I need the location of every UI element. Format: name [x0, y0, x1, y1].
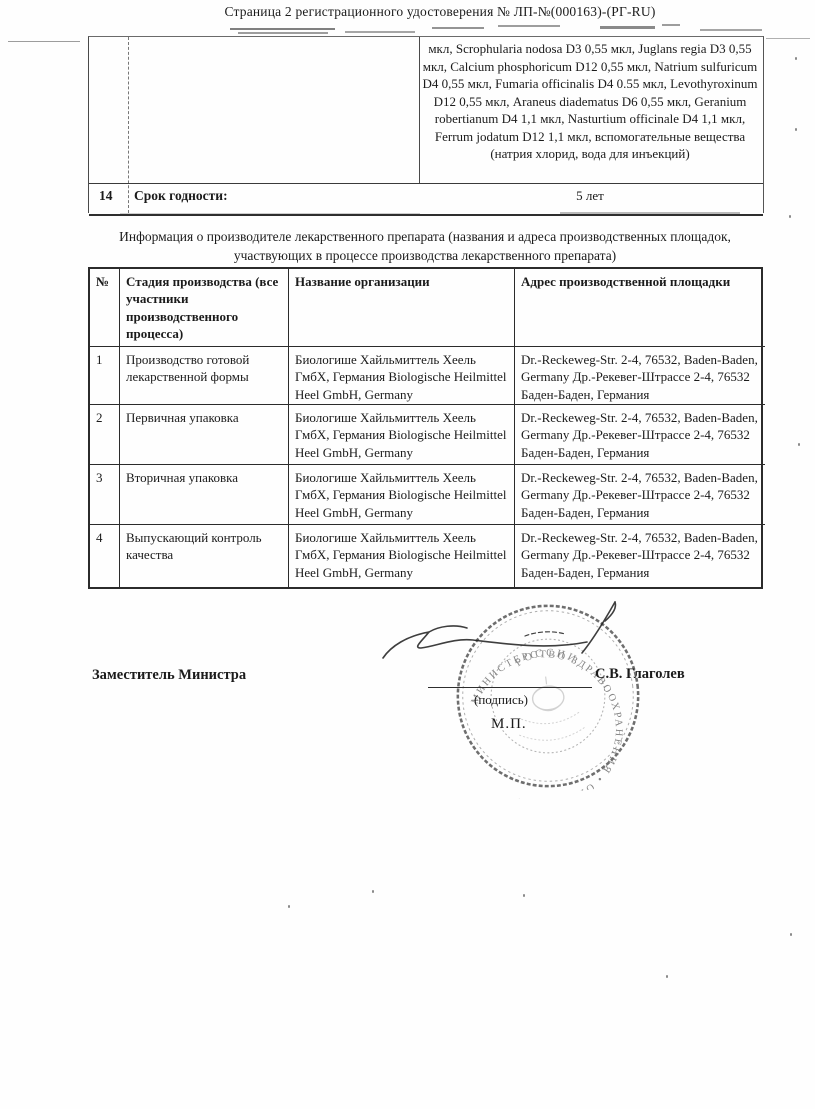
table-row-4-stage: Выпускающий контроль качества: [120, 525, 289, 587]
composition-table-fragment: мкл, Scrophularia nodosa D3 0,55 мкл, Ju…: [88, 36, 764, 213]
scan-smudge: [230, 28, 335, 30]
shelf-life-value: 5 лет: [421, 188, 759, 204]
column-header-address: Адрес производственной площадки: [515, 269, 765, 347]
scan-speck: [288, 905, 290, 908]
scan-speck: [790, 933, 792, 936]
scan-smudge: [498, 25, 560, 27]
scan-speck: [523, 894, 525, 897]
table-row-4-number: 4: [90, 525, 120, 587]
signature-caption: (подпись): [474, 692, 528, 708]
table-row-3-number: 3: [90, 465, 120, 525]
row-number: 14: [99, 188, 113, 204]
scan-speck: [798, 443, 800, 446]
table-row-2-stage: Первичная упаковка: [120, 405, 289, 465]
table-row-1-address: Dr.-Reckeweg-Str. 2-4, 76532, Baden-Bade…: [515, 347, 765, 405]
scan-speck: [372, 890, 374, 893]
deputy-minister-title: Заместитель Министра: [92, 667, 246, 684]
table-column-divider: [419, 37, 420, 183]
scan-smudge: [238, 32, 328, 34]
table-row-1-stage: Производство готовой лекарственной формы: [120, 347, 289, 405]
scan-speck: [795, 128, 797, 131]
table-row-2-organization: Биологише Хайльмиттель Хеель ГмбХ, Герма…: [289, 405, 515, 465]
scan-smudge: [345, 31, 415, 33]
scan-smudge: [432, 27, 484, 29]
manufacturer-table: № Стадия производства (все участники про…: [88, 267, 763, 589]
table-row-2-address: Dr.-Reckeweg-Str. 2-4, 76532, Baden-Bade…: [515, 405, 765, 465]
shelf-life-row: 14 Срок годности: 5 лет: [89, 183, 763, 216]
scan-speck: [666, 975, 668, 978]
manufacturer-info-heading: Информация о производителе лекарственног…: [88, 228, 762, 266]
scanned-document-page: Страница 2 регистрационного удостоверени…: [0, 0, 815, 1109]
scan-smudge: [600, 26, 655, 29]
table-row-4-address: Dr.-Reckeweg-Str. 2-4, 76532, Baden-Bade…: [515, 525, 765, 587]
scan-speck: [795, 57, 797, 60]
table-row-2-number: 2: [90, 405, 120, 465]
table-row-3-address: Dr.-Reckeweg-Str. 2-4, 76532, Baden-Bade…: [515, 465, 765, 525]
table-row-1-organization: Биологише Хайльмиттель Хеель ГмбХ, Герма…: [289, 347, 515, 405]
scan-smudge: [8, 41, 80, 42]
table-row-1-number: 1: [90, 347, 120, 405]
table-row-3-organization: Биологише Хайльмиттель Хеель ГмбХ, Герма…: [289, 465, 515, 525]
column-header-number: №: [90, 269, 120, 347]
scan-smudge: [700, 29, 762, 31]
scan-smudge: [766, 38, 810, 39]
page-title: Страница 2 регистрационного удостоверени…: [100, 4, 780, 20]
scan-smudge: [662, 24, 680, 26]
scan-speck: [789, 215, 791, 218]
table-row-4-organization: Биологише Хайльмиттель Хеель ГмбХ, Герма…: [289, 525, 515, 587]
composition-text-cell: мкл, Scrophularia nodosa D3 0,55 мкл, Ju…: [421, 40, 759, 163]
column-header-organization: Название организации: [289, 269, 515, 347]
seal-emblem: [513, 672, 587, 743]
column-header-stage: Стадия производства (все участники произ…: [120, 269, 289, 347]
shelf-life-label: Срок годности:: [134, 188, 228, 204]
seal-place-caption: М.П.: [491, 716, 527, 733]
table-row-3-stage: Вторичная упаковка: [120, 465, 289, 525]
signature-line: [428, 687, 592, 688]
signer-name: С.В. Глаголев: [595, 666, 685, 683]
